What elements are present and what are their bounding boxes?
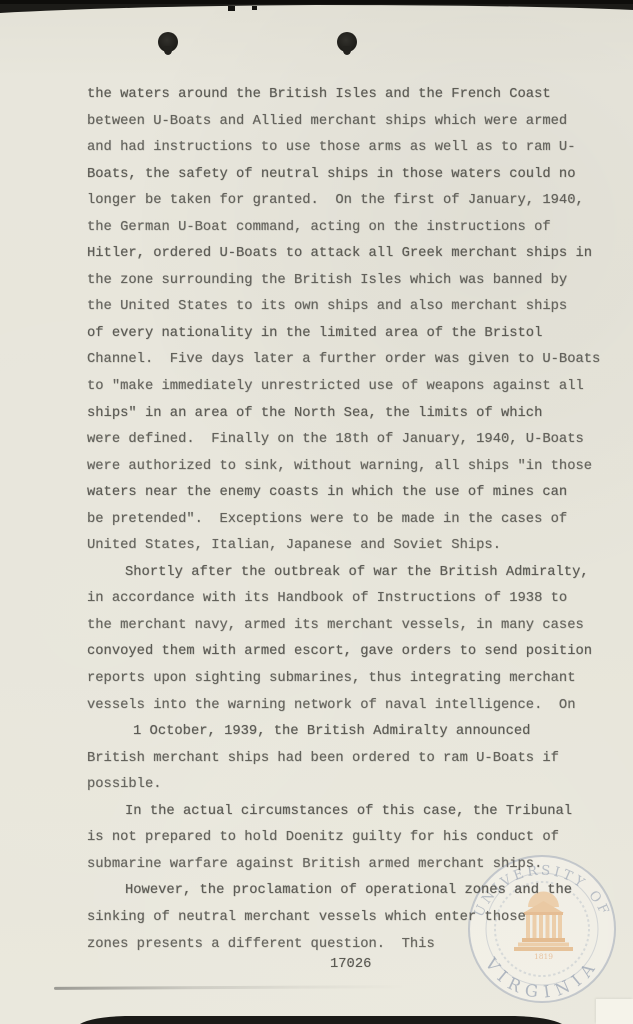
- text-line: zones presents a different question. Thi…: [87, 932, 607, 959]
- text-line: Channel. Five days later a further order…: [87, 347, 607, 374]
- punch-hole-tail: [343, 46, 351, 55]
- text-line: Boats, the safety of neutral ships in th…: [87, 162, 607, 189]
- text-line: submarine warfare against British armed …: [87, 852, 607, 879]
- text-line: and had instructions to use those arms a…: [87, 135, 607, 162]
- text-line: the merchant navy, armed its merchant ve…: [87, 613, 607, 640]
- text-line: sinking of neutral merchant vessels whic…: [87, 905, 607, 932]
- text-line: were defined. Finally on the 18th of Jan…: [87, 427, 607, 454]
- text-line: is not prepared to hold Doenitz guilty f…: [87, 825, 607, 852]
- text-line: of every nationality in the limited area…: [87, 321, 607, 348]
- text-line: British merchant ships had been ordered …: [87, 746, 607, 773]
- scanner-edge-top: [0, 0, 633, 18]
- punch-hole-tail: [164, 46, 172, 55]
- scanned-page: UNIVERSITY OF VIRGINIA 1819 the waters: [0, 0, 633, 1024]
- text-line: convoyed them with armed escort, gave or…: [87, 639, 607, 666]
- text-line: ships" in an area of the North Sea, the …: [87, 401, 607, 428]
- pencil-mark: [54, 985, 404, 990]
- text-line: waters near the enemy coasts in which th…: [87, 480, 607, 507]
- text-line: Shortly after the outbreak of war the Br…: [87, 560, 607, 587]
- text-line: the German U-Boat command, acting on the…: [87, 215, 607, 242]
- page-number: 17026: [330, 957, 371, 972]
- text-line: the zone surrounding the British Isles w…: [87, 268, 607, 295]
- text-line: However, the proclamation of operational…: [87, 878, 607, 905]
- text-line: longer be taken for granted. On the firs…: [87, 188, 607, 215]
- text-line: in accordance with its Handbook of Instr…: [87, 586, 607, 613]
- scanner-edge-bottom: [0, 1010, 633, 1024]
- text-line: to "make immediately unrestricted use of…: [87, 374, 607, 401]
- text-line: 1 October, 1939, the British Admiralty a…: [87, 719, 607, 746]
- text-line: United States, Italian, Japanese and Sov…: [87, 533, 607, 560]
- text-line: vessels into the warning network of nava…: [87, 693, 607, 720]
- text-line: were authorized to sink, without warning…: [87, 454, 607, 481]
- text-line: Hitler, ordered U-Boats to attack all Gr…: [87, 241, 607, 268]
- text-line: be pretended". Exceptions were to be mad…: [87, 507, 607, 534]
- text-line: possible.: [87, 772, 607, 799]
- text-line: reports upon sighting submarines, thus i…: [87, 666, 607, 693]
- text-line: the United States to its own ships and a…: [87, 294, 607, 321]
- text-line: the waters around the British Isles and …: [87, 82, 607, 109]
- document-text: the waters around the British Isles and …: [87, 82, 607, 958]
- text-line: In the actual circumstances of this case…: [87, 799, 607, 826]
- text-line: between U-Boats and Allied merchant ship…: [87, 109, 607, 136]
